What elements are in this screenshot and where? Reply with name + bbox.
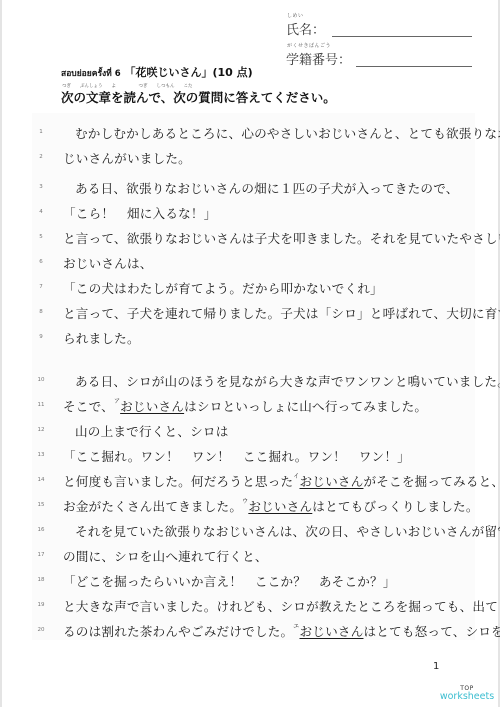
line-number: 16 [34,527,48,533]
line-number: 8 [34,309,48,315]
line-number: 4 [34,209,48,215]
text-segment: お金がたくさん出てきました。 [63,499,242,514]
line-number: 7 [34,284,48,290]
name-field[interactable] [332,36,472,37]
story-line: 7 「この犬はわたしが育てよう。だから叩かないでくれ」 [0,276,500,298]
line-number: 9 [34,334,48,340]
line-text: と大きな声で言いました。けれども、シロが教えたところを掘っても、出てく [63,596,500,615]
story-line: 16 それを見ていた欲張りなおじいさんは、次の日、やさしいおじいさんが留守 [0,519,500,541]
id-field[interactable] [356,66,472,67]
underlined-target-i: おじいさん [300,474,364,489]
story-line: 9 られました。 [0,326,500,348]
line-text: ある日、欲張りなおじいさんの畑に１匹の子犬が入ってきたので、 [75,178,459,197]
student-info: しめい 氏名： がくせきばんごう 学籍番号： [286,12,486,72]
line-number: 10 [34,377,48,383]
text-segment: がそこを掘ってみると、 [363,474,500,489]
line-text: むかしむかしあるところに、心のやさしいおじいさんと、とても欲張りなお [75,123,500,142]
brand-name: worksheets [436,692,498,702]
id-row: がくせきばんごう 学籍番号： [286,42,486,72]
line-text: 「ここ掘れ。ワン！ ワン！ ここ掘れ。ワン！ ワン！」 [63,446,410,465]
quiz-title-thai: สอบย่อยครั้งที่ 6 [61,69,121,79]
line-number: 17 [34,552,48,558]
line-number: 6 [34,259,48,265]
line-text: お金がたくさん出てきました。ウおじいさんはとてもびっくりしました。 [63,496,479,515]
text-segment: はとてもびっくりしました。 [312,499,478,514]
text-segment: そこで、 [63,399,114,414]
story-line: 18 「どこを掘ったらいいか言え！ ここか？ あそこか？」 [0,569,500,591]
story-line: 5 と言って、欲張りなおじいさんは子犬を叩きました。それを見ていたやさしい [0,226,500,248]
line-text: 「こら！ 畑に入るな！」 [63,203,217,222]
line-number: 3 [34,184,48,190]
story-line: 4 「こら！ 畑に入るな！」 [0,201,500,223]
line-text: るのは割れた茶わんやごみだけでした。エおじいさんはとても怒って、シロを [63,621,500,640]
story-line: 14 と何度も言いました。何だろうと思ったイおじいさんがそこを掘ってみると、 [0,469,500,491]
story-line: 12 山の上まで行くと、シロは [0,419,500,441]
line-number: 5 [34,234,48,240]
instruction: 次の文章を読んで、次の質問に答えてください。 [61,88,336,106]
line-text: の間に、シロを山へ連れて行くと、 [63,546,268,565]
line-number: 1 [34,129,48,135]
story-line: 8 と言って、子犬を連れて帰りました。子犬は「シロ」と呼ばれて、大切に育て [0,301,500,323]
line-text: 「どこを掘ったらいいか言え！ ここか？ あそこか？」 [63,571,396,590]
line-text: と言って、子犬を連れて帰りました。子犬は「シロ」と呼ばれて、大切に育て [63,303,500,322]
line-text: じいさんがいました。 [63,148,191,167]
story-line: 13 「ここ掘れ。ワン！ ワン！ ここ掘れ。ワン！ ワン！」 [0,444,500,466]
text-segment: るのは割れた茶わんやごみだけでした。 [63,624,293,639]
line-number: 15 [34,502,48,508]
line-number: 13 [34,452,48,458]
underlined-target-e: おじいさん [300,624,364,639]
underlined-target-a: おじいさん [120,399,184,414]
text-segment: と何度も言いました。何だろうと思った [63,474,293,489]
text-segment: はとても怒って、シロを [363,624,500,639]
line-text: 山の上まで行くと、シロは [75,421,229,440]
line-number: 14 [34,477,48,483]
story-line: 10 ある日、シロが山のほうを見ながら大きな声でワンワンと鳴いていました。 [0,369,500,391]
quiz-title: สอบย่อยครั้งที่ 6 「花咲じいさん」(10 点) [61,64,253,80]
underlined-target-u: おじいさん [248,499,312,514]
id-label: 学籍番号： [286,49,351,68]
id-ruby: がくせきばんごう [287,42,331,49]
line-number: 11 [34,402,48,408]
story-line: 19 と大きな声で言いました。けれども、シロが教えたところを掘っても、出てく [0,594,500,616]
line-text: と何度も言いました。何だろうと思ったイおじいさんがそこを掘ってみると、 [63,471,500,490]
line-text: それを見ていた欲張りなおじいさんは、次の日、やさしいおじいさんが留守 [75,521,500,540]
quiz-title-story: 「花咲じいさん」(10 点) [124,66,252,79]
line-number: 12 [34,427,48,433]
story-line: 20 るのは割れた茶わんやごみだけでした。エおじいさんはとても怒って、シロを [0,619,500,641]
story-line: 3 ある日、欲張りなおじいさんの畑に１匹の子犬が入ってきたので、 [0,176,500,198]
line-number: 2 [34,154,48,160]
story-line: 17 の間に、シロを山へ連れて行くと、 [0,544,500,566]
line-number: 18 [34,577,48,583]
name-row: しめい 氏名： [286,12,486,42]
story-line: 11 そこで、アおじいさんはシロといっしょに山へ行ってみました。 [0,394,500,416]
story-line: 6 おじいさんは、 [0,251,500,273]
line-number: 19 [34,602,48,608]
page-number: 1 [433,661,439,672]
line-text: られました。 [63,328,140,347]
story-line: 2 じいさんがいました。 [0,146,500,168]
name-ruby: しめい [287,12,304,19]
line-text: そこで、アおじいさんはシロといっしょに山へ行ってみました。 [63,396,427,415]
text-segment: はシロといっしょに山へ行ってみました。 [184,399,427,414]
line-text: おじいさんは、 [63,253,153,272]
name-label: 氏名： [286,19,325,38]
line-text: 「この犬はわたしが育てよう。だから叩かないでくれ」 [63,278,383,297]
story-line: 1 むかしむかしあるところに、心のやさしいおじいさんと、とても欲張りなお [0,121,500,143]
line-text: ある日、シロが山のほうを見ながら大きな声でワンワンと鳴いていました。 [75,371,500,390]
line-text: と言って、欲張りなおじいさんは子犬を叩きました。それを見ていたやさしい [63,228,500,247]
story-line: 15 お金がたくさん出てきました。ウおじいさんはとてもびっくりしました。 [0,494,500,516]
line-number: 20 [34,627,48,633]
brand-logo[interactable]: TOP worksheets [436,686,498,702]
